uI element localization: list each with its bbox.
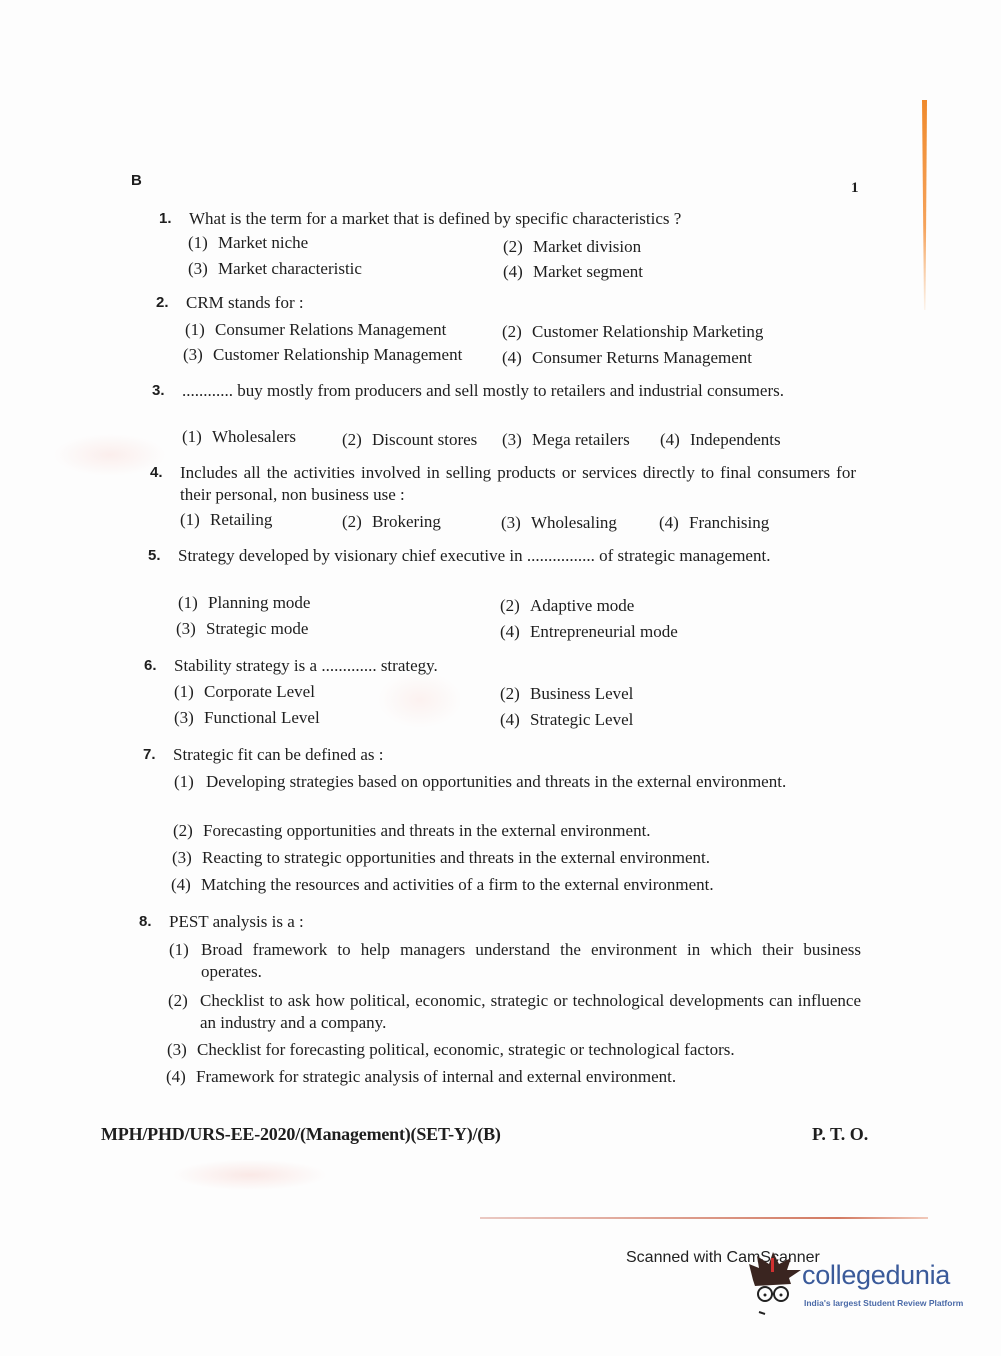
option-4: (4)Independents — [660, 429, 781, 451]
collegedunia-logo: collegedunia India's largest Student Rev… — [745, 1252, 970, 1322]
question-6: 6. Stability strategy is a .............… — [144, 655, 854, 735]
question-text: ............ buy mostly from producers a… — [182, 380, 854, 402]
option-1: (1)Developing strategies based on opport… — [174, 771, 859, 793]
question-number: 1. — [159, 208, 172, 230]
option-1: (1)Corporate Level — [174, 681, 315, 703]
option-2: (2)Market division — [503, 236, 641, 258]
question-text: Stability strategy is a ............. st… — [174, 655, 438, 677]
option-3: (3)Checklist for forecasting political, … — [167, 1039, 735, 1061]
option-3: (3)Functional Level — [174, 707, 320, 729]
question-number: 2. — [156, 292, 169, 314]
option-4: (4)Entrepreneurial mode — [500, 621, 678, 643]
question-number: 5. — [148, 545, 161, 567]
question-text: Strategic fit can be defined as : — [173, 744, 384, 766]
question-number: 3. — [152, 380, 165, 402]
question-8: 8. PEST analysis is a : (1)Broad framewo… — [139, 911, 861, 1091]
option-4: (4)Market segment — [503, 261, 643, 283]
set-letter: B — [131, 172, 142, 189]
question-number: 7. — [143, 744, 156, 766]
option-1: (1)Retailing — [180, 509, 272, 531]
page-number: 1 — [851, 180, 859, 197]
question-number: 6. — [144, 655, 157, 677]
question-number: 8. — [139, 911, 152, 933]
option-4: (4)Framework for strategic analysis of i… — [166, 1066, 676, 1088]
option-4: (4)Matching the resources and activities… — [171, 874, 714, 896]
question-1: 1. What is the term for a market that is… — [159, 208, 859, 283]
paper-code: MPH/PHD/URS-EE-2020/(Management)(SET-Y)/… — [101, 1124, 501, 1145]
option-1: (1)Market niche — [188, 232, 308, 254]
question-text: CRM stands for : — [186, 292, 304, 314]
option-4: (4)Strategic Level — [500, 709, 633, 731]
option-2: (2)Business Level — [500, 683, 633, 705]
option-1: (1)Wholesalers — [182, 426, 296, 448]
option-3: (3)Reacting to strategic opportunities a… — [172, 847, 710, 869]
question-number: 4. — [150, 462, 163, 484]
question-7: 7. Strategic fit can be defined as : (1)… — [143, 744, 859, 894]
question-text: What is the term for a market that is de… — [189, 208, 681, 230]
question-5: 5. Strategy developed by visionary chief… — [148, 545, 858, 645]
option-1: (1)Planning mode — [178, 592, 310, 614]
option-3: (3)Market characteristic — [188, 258, 362, 280]
please-turn-over: P. T. O. — [812, 1124, 868, 1145]
option-4: (4)Consumer Returns Management — [502, 347, 752, 369]
option-2: (2)Customer Relationship Marketing — [502, 321, 763, 343]
option-2: (2)Brokering — [342, 511, 441, 533]
option-3: (3)Customer Relationship Management — [183, 344, 462, 366]
option-2: (2)Discount stores — [342, 429, 477, 451]
question-text: Strategy developed by visionary chief ex… — [178, 545, 858, 567]
option-3: (3)Wholesaling — [501, 512, 617, 534]
option-4: (4)Franchising — [659, 512, 769, 534]
option-2: (2)Adaptive mode — [500, 595, 634, 617]
question-text: Includes all the activities involved in … — [180, 462, 856, 506]
option-3: (3)Mega retailers — [502, 429, 630, 451]
option-2: (2)Checklist to ask how political, econo… — [168, 990, 861, 1034]
mascot-icon — [745, 1252, 803, 1317]
question-3: 3. ............ buy mostly from producer… — [152, 380, 856, 455]
divider-line — [480, 1217, 928, 1219]
option-1: (1)Consumer Relations Management — [185, 319, 446, 341]
brand-tagline: India's largest Student Review Platform — [804, 1298, 963, 1308]
option-3: (3)Strategic mode — [176, 618, 308, 640]
question-2: 2. CRM stands for : (1)Consumer Relation… — [156, 292, 856, 367]
brand-name: collegedunia — [802, 1260, 950, 1291]
option-2: (2)Forecasting opportunities and threats… — [173, 820, 651, 842]
option-1: (1)Broad framework to help managers unde… — [169, 939, 861, 983]
question-4: 4. Includes all the activities involved … — [150, 462, 856, 537]
question-text: PEST analysis is a : — [169, 911, 304, 933]
